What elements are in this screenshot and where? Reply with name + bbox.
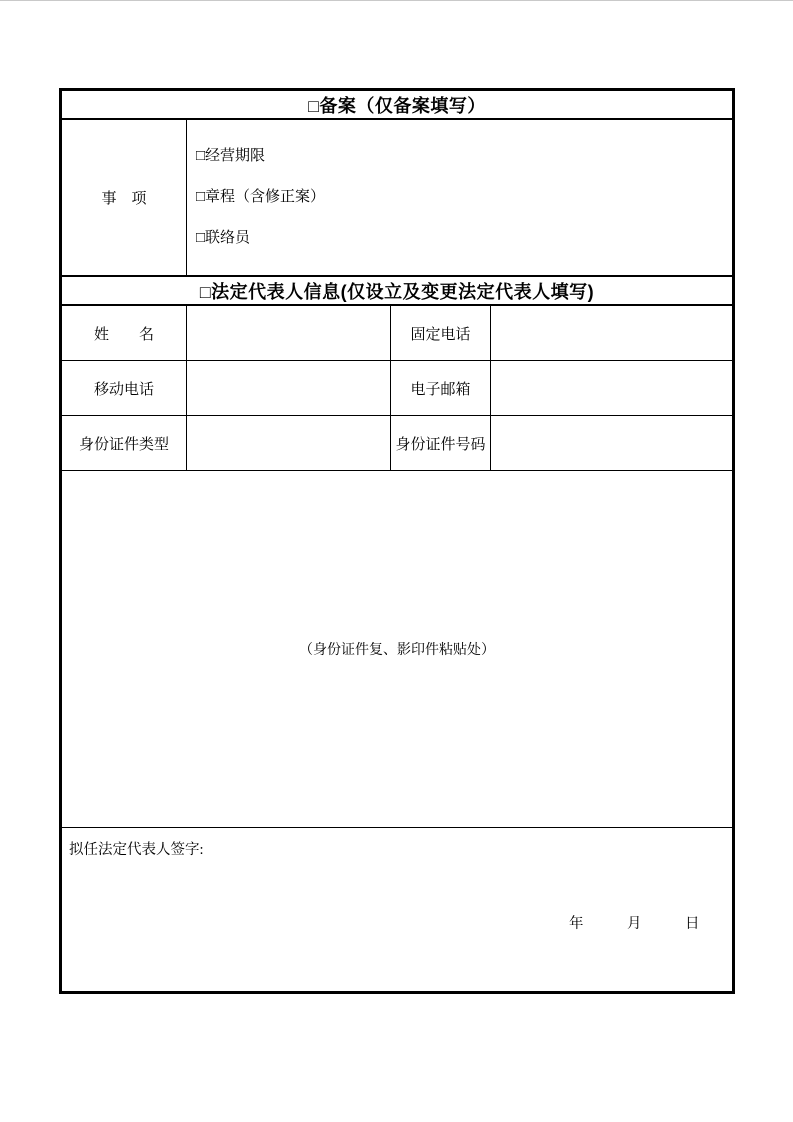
- mobile-email-row: 移动电话 电子邮箱: [61, 361, 734, 416]
- fixed-phone-value-cell[interactable]: [491, 305, 734, 361]
- page-top-edge: [0, 0, 793, 1]
- id-type-number-row: 身份证件类型 身份证件号码: [61, 416, 734, 471]
- legal-rep-section-title: □法定代表人信息(仅设立及变更法定代表人填写): [61, 276, 734, 305]
- legal-rep-section-header-row: □法定代表人信息(仅设立及变更法定代表人填写): [61, 276, 734, 305]
- signature-label: 拟任法定代表人签字:: [69, 838, 204, 859]
- id-paste-area: （身份证件复、影印件粘贴处）: [61, 471, 734, 828]
- name-label: 姓 名: [61, 305, 187, 361]
- name-value-cell[interactable]: [187, 305, 391, 361]
- id-type-value-cell[interactable]: [187, 416, 391, 471]
- signature-wrap: 拟任法定代表人签字: 年 月 日: [62, 828, 732, 991]
- signature-area: 拟任法定代表人签字: 年 月 日: [61, 828, 734, 993]
- registration-form-table: □备案（仅备案填写） 事 项 □经营期限 □章程（含修正案） □联络员 □法定代…: [59, 88, 735, 994]
- checkbox-item-charter[interactable]: □章程（含修正案）: [196, 190, 732, 205]
- signature-row: 拟任法定代表人签字: 年 月 日: [61, 828, 734, 993]
- email-value-cell[interactable]: [491, 361, 734, 416]
- id-number-label: 身份证件号码: [391, 416, 491, 471]
- filing-section-title: □备案（仅备案填写）: [61, 90, 734, 120]
- fixed-phone-label: 固定电话: [391, 305, 491, 361]
- id-paste-note: （身份证件复、影印件粘贴处）: [299, 643, 495, 658]
- date-placeholder: 年 月 日: [569, 912, 700, 933]
- name-phone-row: 姓 名 固定电话: [61, 305, 734, 361]
- matter-checkbox-list: □经营期限 □章程（含修正案） □联络员: [187, 149, 732, 246]
- id-paste-row: （身份证件复、影印件粘贴处）: [61, 471, 734, 828]
- matter-label: 事 项: [61, 119, 187, 276]
- checkbox-item-liaison[interactable]: □联络员: [196, 231, 732, 246]
- id-number-value-cell[interactable]: [491, 416, 734, 471]
- matter-row: 事 项 □经营期限 □章程（含修正案） □联络员: [61, 119, 734, 276]
- matter-options-cell: □经营期限 □章程（含修正案） □联络员: [187, 119, 734, 276]
- email-label: 电子邮箱: [391, 361, 491, 416]
- checkbox-item-operating-term[interactable]: □经营期限: [196, 149, 732, 164]
- filing-section-header-row: □备案（仅备案填写）: [61, 90, 734, 120]
- mobile-phone-label: 移动电话: [61, 361, 187, 416]
- mobile-phone-value-cell[interactable]: [187, 361, 391, 416]
- id-type-label: 身份证件类型: [61, 416, 187, 471]
